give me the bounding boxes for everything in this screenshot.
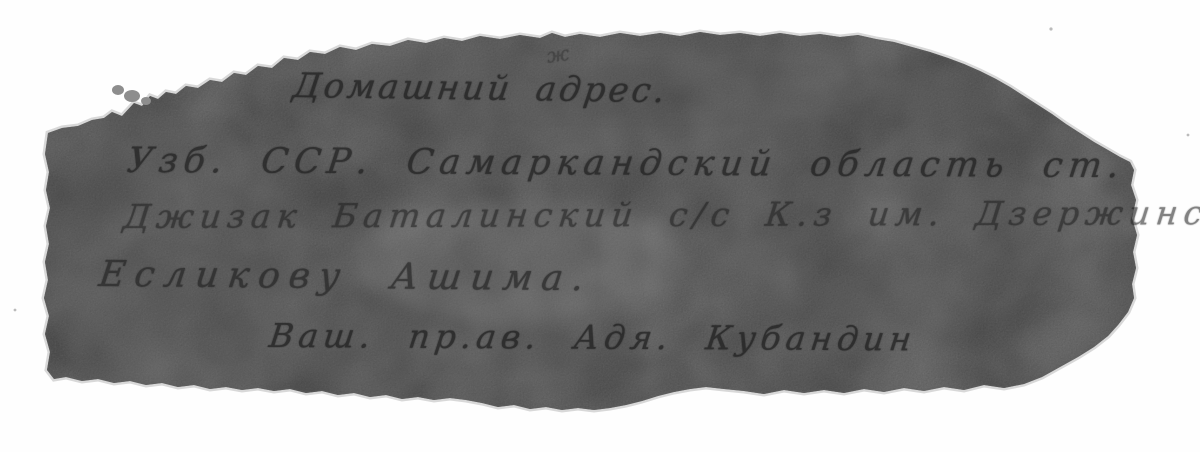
torn-paper-specks bbox=[112, 85, 151, 105]
paper-scrap bbox=[0, 0, 1200, 452]
scanned-note-photo: ж Домашний адрес. Узб. ССР. Самаркандски… bbox=[0, 0, 1200, 452]
paper-texture bbox=[30, 20, 1150, 430]
